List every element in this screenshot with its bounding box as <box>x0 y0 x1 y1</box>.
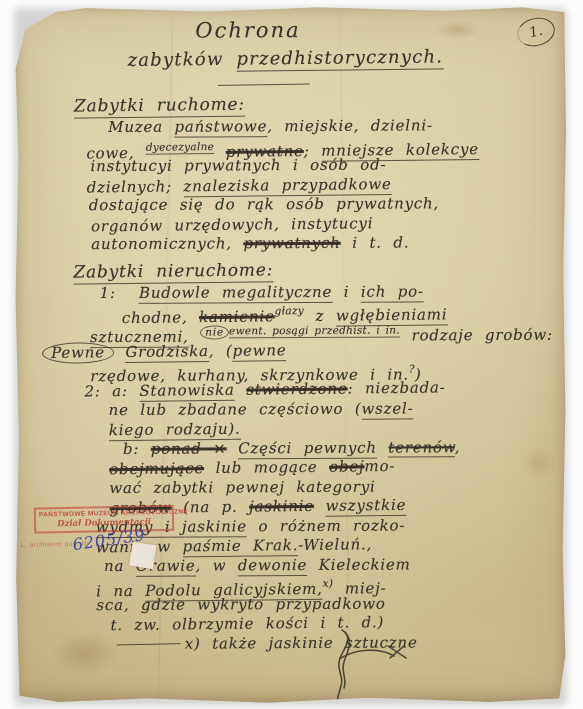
manuscript-line <box>28 73 573 92</box>
text-segment <box>377 438 389 456</box>
text-segment: terenów <box>388 438 454 457</box>
text-segment: Zabytki nieruchome: <box>73 260 273 284</box>
text-segment: Zabytki ruchome: <box>74 95 245 119</box>
text-segment: 2: a: <box>84 382 139 401</box>
text-segment: , w <box>195 556 237 574</box>
text-segment: : niezbada- <box>347 378 445 397</box>
text-segment: zabytków <box>127 49 236 71</box>
text-segment: Budowle megalityczne <box>139 282 332 303</box>
scanned-manuscript-page: Ochronazabytków przedhistorycznych.Zabyt… <box>0 0 583 709</box>
text-segment: głazy <box>275 305 304 317</box>
text-segment: obejmujące <box>109 459 204 478</box>
text-segment: wszystkie <box>326 496 407 517</box>
text-segment: , <box>455 438 461 456</box>
text-segment: nie <box>200 325 229 339</box>
document-title-line: zabytków przedhistorycznych. <box>27 41 572 77</box>
document-title-line: Ochrona <box>27 15 572 46</box>
text-segment: ponad × <box>151 439 227 457</box>
text-segment: , ( <box>209 342 233 360</box>
text-segment: wszel- <box>361 399 413 419</box>
text-segment: dyecezyalne <box>146 140 214 154</box>
text-segment: dostające się do rąk osób prywatnych, <box>89 194 439 214</box>
section-heading: Zabytki nieruchome: <box>29 254 574 285</box>
text-segment <box>314 497 326 515</box>
text-segment: jaskinie <box>249 497 314 516</box>
stamp-department: Dział Dokumentacji <box>39 517 169 530</box>
archive-stamp: PAŃSTWOWE MUZEUM ARCHEOLOGICZNE Dział Do… <box>34 504 195 533</box>
text-segment: prywatnych <box>243 234 340 253</box>
text-segment: ne lub zbadane częściowo ( <box>109 399 362 418</box>
stamp-box: PAŃSTWOWE MUZEUM ARCHEOLOGICZNE Dział Do… <box>34 505 175 534</box>
text-segment: obej <box>329 457 365 475</box>
text-segment <box>227 439 239 457</box>
text-segment: autonomicznych, <box>91 234 243 253</box>
text-segment: znaleziska przypadkowe <box>183 174 391 196</box>
text-segment <box>114 343 126 361</box>
text-segment: Części pewnych <box>238 438 377 459</box>
text-segment <box>235 381 247 399</box>
text-segment: wać zabytki pewnej kategoryi <box>109 477 375 496</box>
text-segment: Ochrona <box>195 18 300 43</box>
text-segment: stwierdzone <box>246 379 347 398</box>
text-segment: o różnem rozko- <box>247 516 405 535</box>
text-segment: dzielnych; <box>87 177 184 196</box>
text-segment: pewne <box>233 341 287 362</box>
hand-rule <box>218 83 310 85</box>
text-segment: organów urzędowych, instytucyi <box>91 214 373 235</box>
text-segment: Muzea <box>108 118 174 136</box>
paper-scrap <box>129 542 156 569</box>
paraph-flourish-icon <box>314 628 424 708</box>
paper-sheet: Ochronazabytków przedhistorycznych.Zabyt… <box>14 6 567 704</box>
text-segment: Stanowiska <box>139 381 235 402</box>
text-segment: kiego rodzaju). <box>109 420 241 441</box>
text-segment: Kieleckiem <box>307 555 411 574</box>
text-segment: mo- <box>364 457 395 475</box>
text-segment: lub mogące <box>204 458 329 477</box>
text-segment: 1: <box>100 283 139 301</box>
text-segment: sca, gdzie wykryto przypadkowo <box>96 594 385 614</box>
text-segment: Pewne <box>42 342 114 364</box>
text-segment: , miejskie, dzielni- <box>267 116 433 135</box>
hand-rule <box>117 643 181 645</box>
text-segment: paśmie Krak. <box>182 536 298 557</box>
text-segment: ich po- <box>361 282 424 302</box>
manuscript-line: x) także jaskinie sztuczne <box>33 632 578 654</box>
text-segment: ewent. posągi przedhist. i in. <box>229 324 400 338</box>
text-segment: b: <box>123 439 151 457</box>
handwritten-text-block: Ochronazabytków przedhistorycznych.Zabyt… <box>27 14 578 656</box>
text-segment: przedhistorycznych. <box>236 46 443 71</box>
text-segment: i <box>332 282 361 300</box>
text-segment: Grodziska <box>125 342 209 363</box>
text-segment: państwowe <box>174 117 267 137</box>
text-segment: instytucyi prywatnych i osób od- <box>90 156 386 176</box>
text-segment: x) <box>323 578 334 590</box>
text-segment: i t. d. <box>341 233 410 251</box>
text-segment: dewonie <box>238 555 307 575</box>
text-segment: -Wieluń., <box>298 535 372 554</box>
manuscript-line: autonomicznych, prywatnych i t. d. <box>29 233 574 255</box>
